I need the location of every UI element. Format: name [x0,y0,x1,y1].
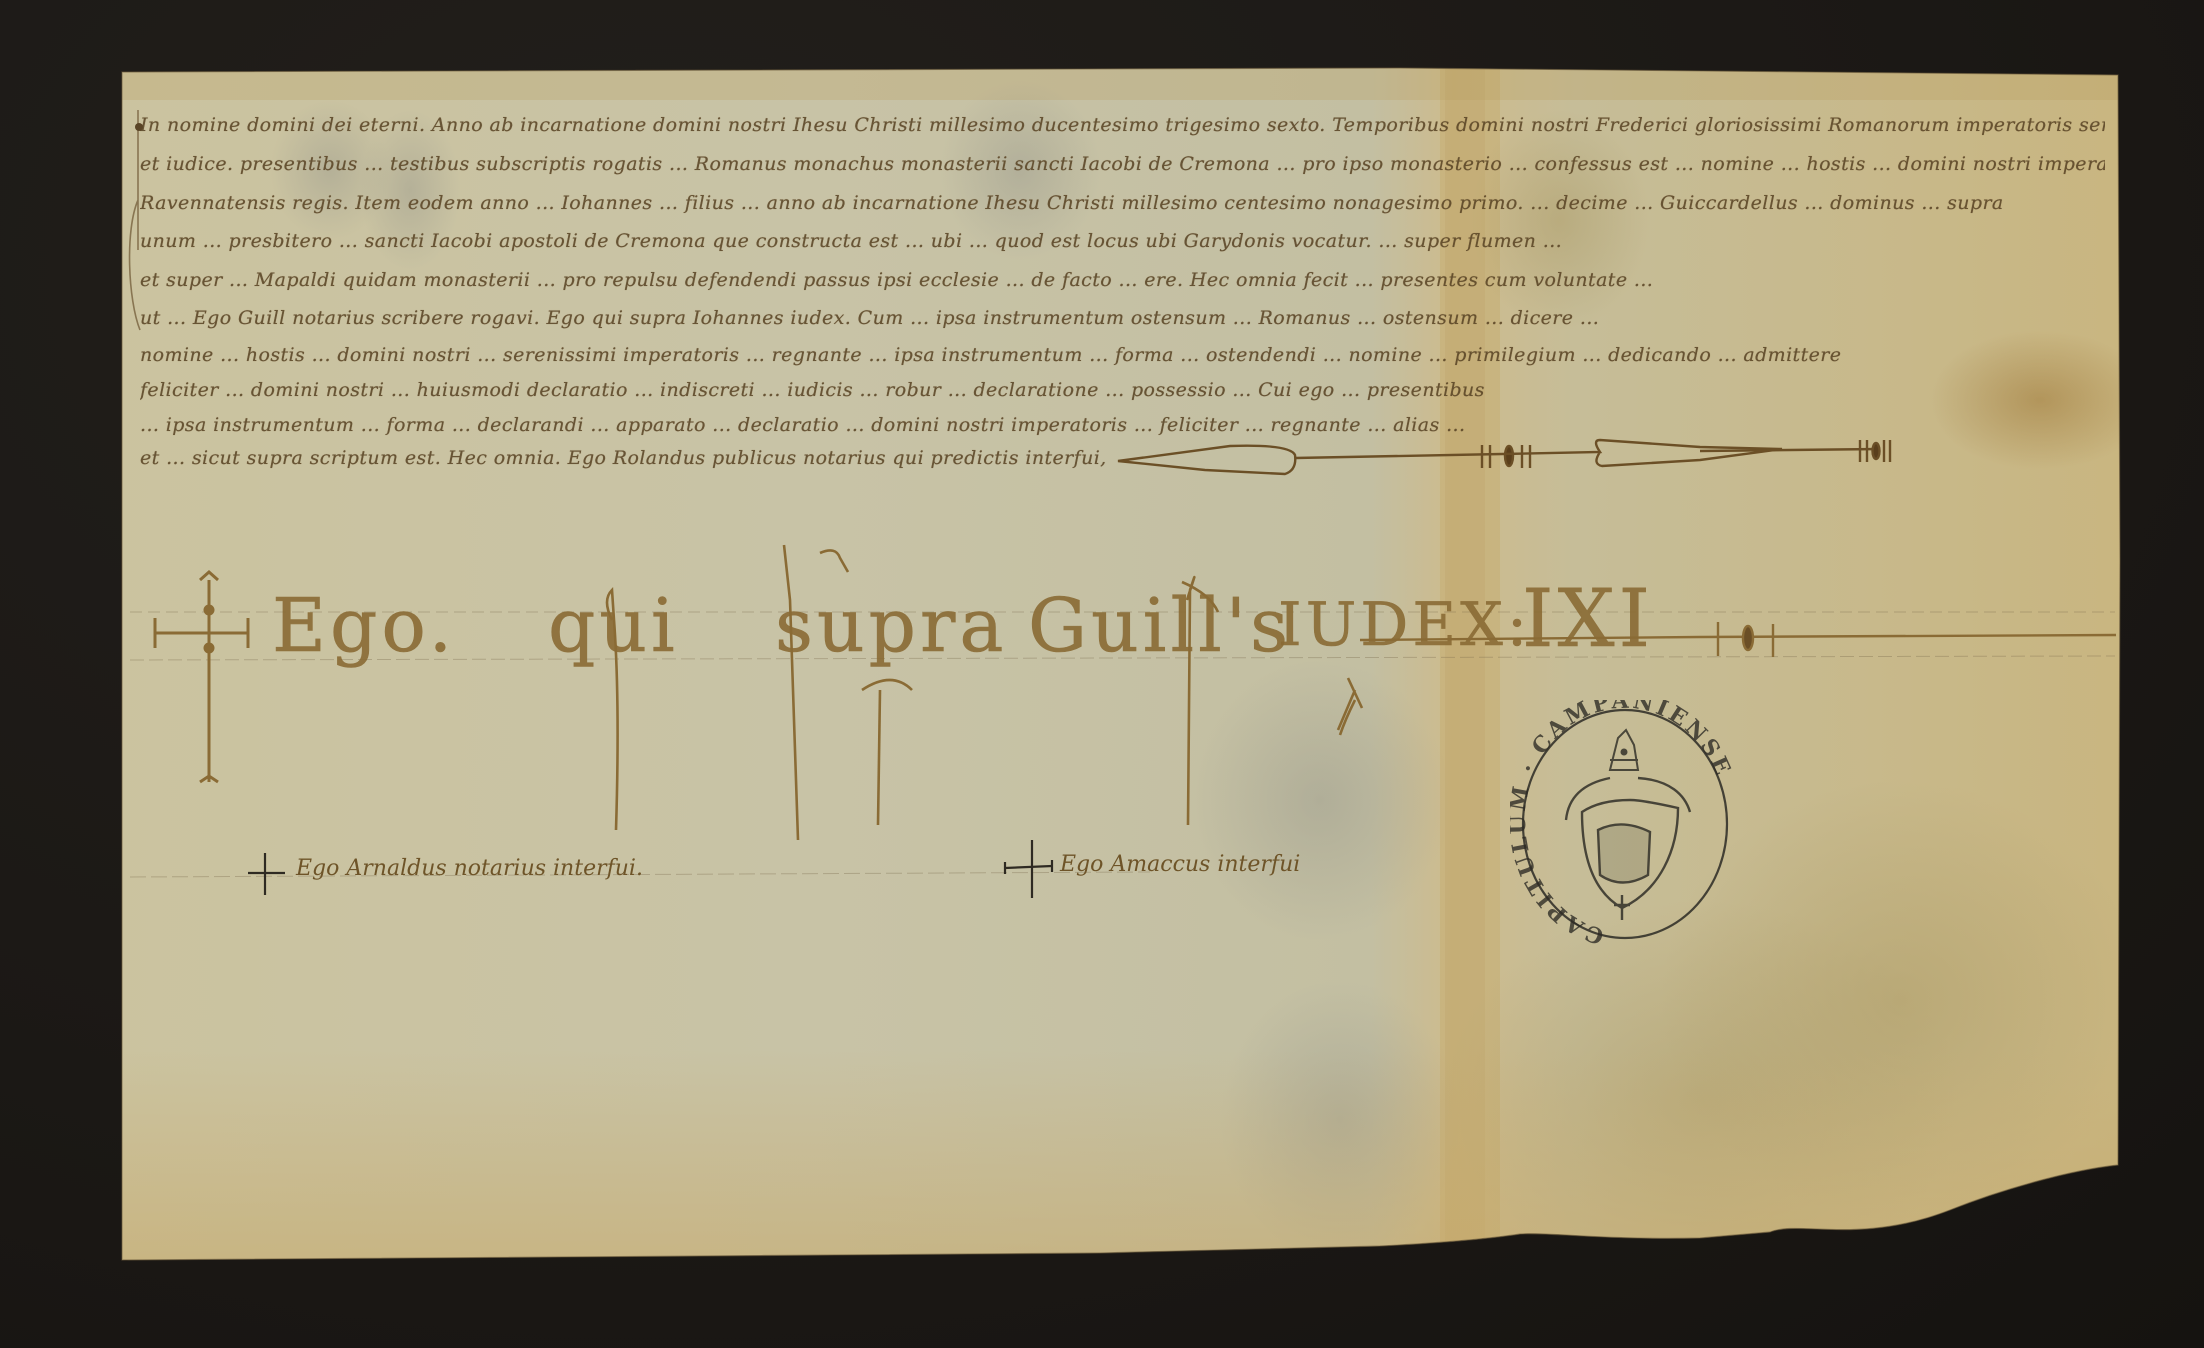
shield-icon [1566,778,1690,920]
parchment-sheet [0,0,2204,1348]
capitular-seal-stamp: CAPITULUM · CAMPANIENSE [1510,700,1740,950]
mitre-icon [1610,730,1638,770]
archive-backdrop: CAPITULUM · CAMPANIENSE In nomine domini… [0,0,2204,1348]
